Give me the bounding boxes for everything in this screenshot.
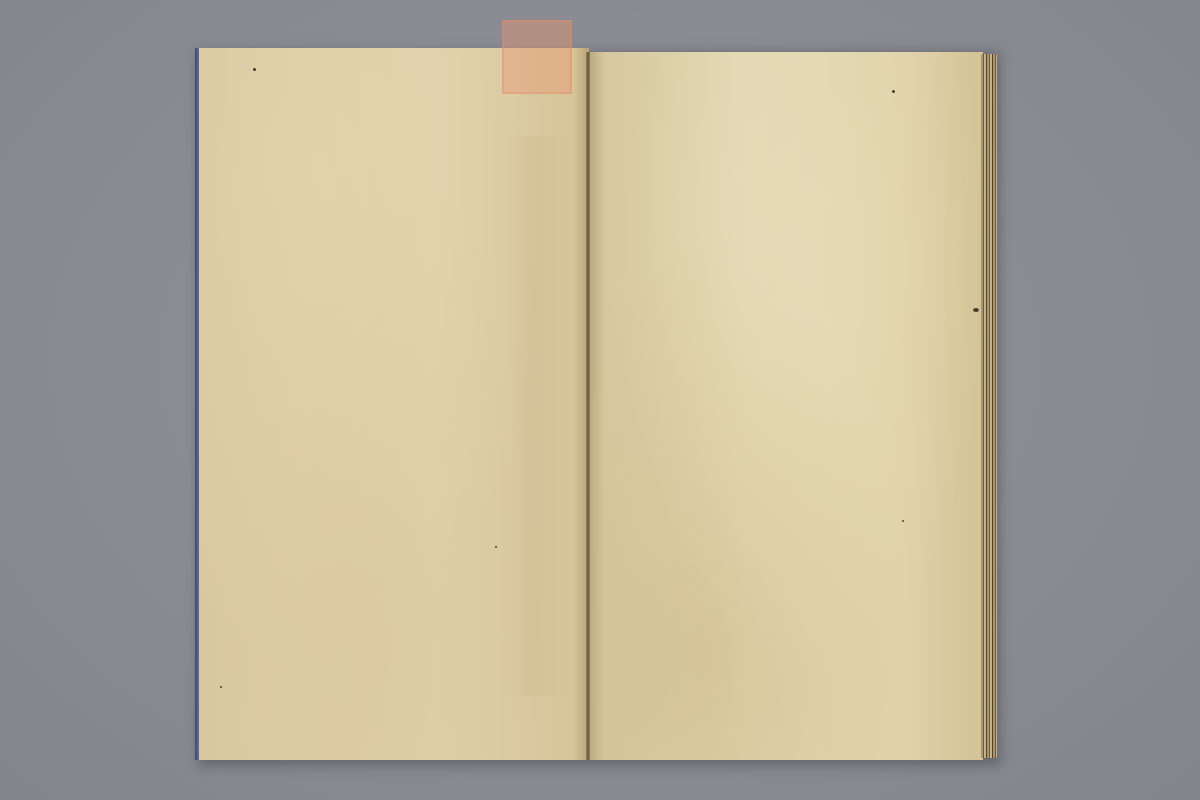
red-seal-stamp bbox=[502, 20, 572, 94]
right-page bbox=[589, 52, 983, 760]
speck bbox=[495, 546, 497, 548]
page-fore-edge bbox=[981, 54, 997, 758]
speck bbox=[253, 68, 256, 71]
page-stain bbox=[505, 136, 565, 696]
speck bbox=[220, 686, 222, 688]
speck bbox=[892, 90, 895, 93]
book-gutter bbox=[586, 52, 590, 760]
speck bbox=[973, 308, 979, 312]
speck bbox=[902, 520, 904, 522]
open-book bbox=[195, 46, 997, 762]
